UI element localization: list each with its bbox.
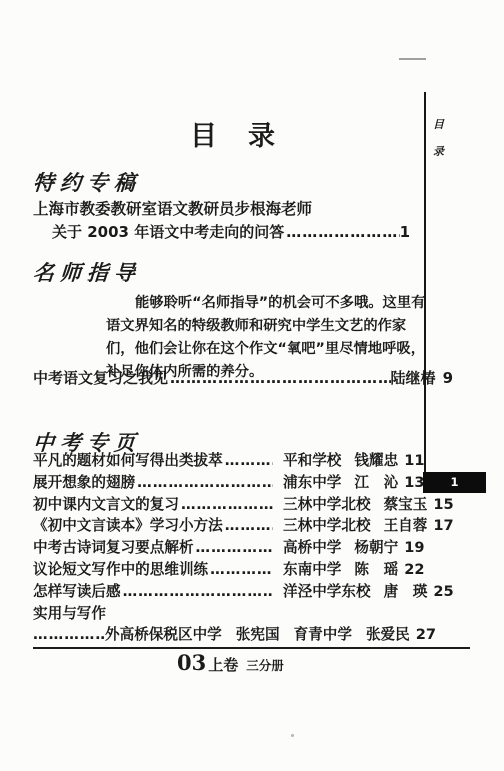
toc-entry-guidance: 中考语文复习之我见 ………………………………………………………………………………… xyxy=(33,367,453,388)
page-number-tab: 1 xyxy=(423,472,486,493)
footer-volume: 上卷 xyxy=(208,654,238,675)
entry-title: 怎样写读后感 xyxy=(33,581,121,603)
entry-title: 初中课内文言文的复习 xyxy=(33,494,179,516)
page-title: 目 录 xyxy=(190,114,277,153)
entry-title: 中考古诗词复习要点解析 xyxy=(33,537,194,559)
footer-rule xyxy=(33,647,470,649)
entry-school: 东南中学 xyxy=(283,559,341,581)
toc-entry: 初中课内文言文的复习………………………………………………………………………………… xyxy=(33,494,473,516)
entry-title: 关于 2003 年语文中考走向的问答 xyxy=(52,221,284,242)
entry-page-number: 1 xyxy=(400,223,410,241)
toc-entry: 中考古诗词复习要点解析……………………………………………………………………………… xyxy=(33,537,473,559)
entry-page-number: 19 xyxy=(404,537,424,559)
footer-fascicle: 三分册 xyxy=(246,656,284,674)
blurb-line: 语文界知名的特级教师和研究中学生文艺的作家 xyxy=(106,315,425,338)
entry-author: 蔡宝玉 xyxy=(384,494,428,516)
toc-entry: 平凡的题材如何写得出类拔萃………………………………………………………………………… xyxy=(33,450,473,472)
entry-page-number: 15 xyxy=(433,494,453,516)
entry-page-number: 13 xyxy=(404,472,424,494)
scan-artifact-line xyxy=(399,58,426,60)
footer-issue: 03 xyxy=(177,650,206,675)
dot-leader: ……………………………………………………………………………… xyxy=(135,472,273,494)
dot-leader: ……………………………………………………………………………… xyxy=(223,515,273,537)
blurb-line: 们，他们会让你在这个作文“氧吧”里尽情地呼吸， xyxy=(106,338,425,361)
special-entry-pretitle: 上海市教委教研室语文教研员步根海老师 xyxy=(33,197,312,219)
entry-page-number: 11 xyxy=(404,450,424,472)
toc-entry: 怎样写读后感……………………………………………………………………………… 洋泾中… xyxy=(33,581,473,603)
blurb-line: 能够聆听“名师指导”的机会可不多哦。这里有 xyxy=(106,292,425,315)
dot-leader: ……………………………………………………………………………… xyxy=(194,537,273,559)
section-heading-guidance: 名师指导 xyxy=(32,257,142,287)
dot-leader: ……………………………………………………………………………… xyxy=(284,223,399,241)
entry-author: 王自蓉 xyxy=(384,515,428,537)
section-heading-special: 特约专稿 xyxy=(32,167,142,197)
dot-leader: ……………………………………………………………………………… xyxy=(121,581,273,603)
toc-entry-title-only: 实用与写作 xyxy=(33,603,473,625)
entry-school: 育青中学 xyxy=(294,624,352,646)
entry-school: 洋泾中学东校 xyxy=(283,581,371,603)
dot-leader: ……………………………………………………………………………… xyxy=(179,494,273,516)
toc-entry: 议论短文写作中的思维训练…………………………………………………………………………… xyxy=(33,559,473,581)
entry-title: 《初中文言读本》学习小方法 xyxy=(33,515,223,537)
entry-author: 钱耀忠 xyxy=(354,450,398,472)
entry-title: 中考语文复习之我见 xyxy=(33,367,168,388)
entry-school: 高桥中学 xyxy=(283,537,341,559)
entry-school: 三林中学北校 xyxy=(283,494,371,516)
margin-label-char: 目 xyxy=(433,116,444,132)
scan-artifact-speck xyxy=(291,734,294,737)
exam-entry-list: 平凡的题材如何写得出类拔萃………………………………………………………………………… xyxy=(33,450,473,646)
toc-entry: 展开想象的翅膀……………………………………………………………………………… 浦东… xyxy=(33,472,473,494)
toc-entry: 《初中文言读本》学习小方法………………………………………………………………………… xyxy=(33,515,473,537)
entry-school: 外高桥保税区中学 xyxy=(105,624,222,646)
dot-leader: ……………………………………………………………………………… xyxy=(168,369,391,387)
entry-page-number: 22 xyxy=(404,559,424,581)
entry-title: 实用与写作 xyxy=(33,605,106,622)
entry-page-number: 25 xyxy=(433,581,453,603)
entry-author: 张宪国 xyxy=(236,624,280,646)
entry-page-number: 27 xyxy=(416,624,436,646)
entry-page-number: 9 xyxy=(443,369,453,387)
entry-author: 江 沁 xyxy=(354,472,398,494)
entry-title: 展开想象的翅膀 xyxy=(33,472,135,494)
entry-author: 陈 瑶 xyxy=(354,559,398,581)
entry-school: 浦东中学 xyxy=(283,472,341,494)
entry-school: 平和学校 xyxy=(283,450,341,472)
toc-entry-special: 关于 2003 年语文中考走向的问答 ………………………………………………………… xyxy=(52,221,410,242)
dot-leader: ……………………………………………………………………………… xyxy=(208,559,273,581)
margin-label-char: 录 xyxy=(433,143,444,159)
entry-author: 张爱民 xyxy=(366,624,410,646)
entry-school: 三林中学北校 xyxy=(283,515,371,537)
footer-volume-label: 03 上卷 三分册 xyxy=(177,650,284,675)
entry-author: 唐 瑛 xyxy=(384,581,428,603)
dot-leader: ……………………………………………………………………………… xyxy=(33,624,105,646)
entry-author: 杨朝宁 xyxy=(354,537,398,559)
entry-page-number: 17 xyxy=(433,515,453,537)
entry-author: 陆继椿 xyxy=(391,367,436,388)
entry-title: 议论短文写作中的思维训练 xyxy=(33,559,208,581)
right-margin-rule xyxy=(424,92,426,473)
toc-entry-continuation: ……………………………………………………………………………… 外高桥保税区中学 … xyxy=(33,624,473,646)
entry-title: 平凡的题材如何写得出类拔萃 xyxy=(33,450,223,472)
dot-leader: ……………………………………………………………………………… xyxy=(223,450,273,472)
